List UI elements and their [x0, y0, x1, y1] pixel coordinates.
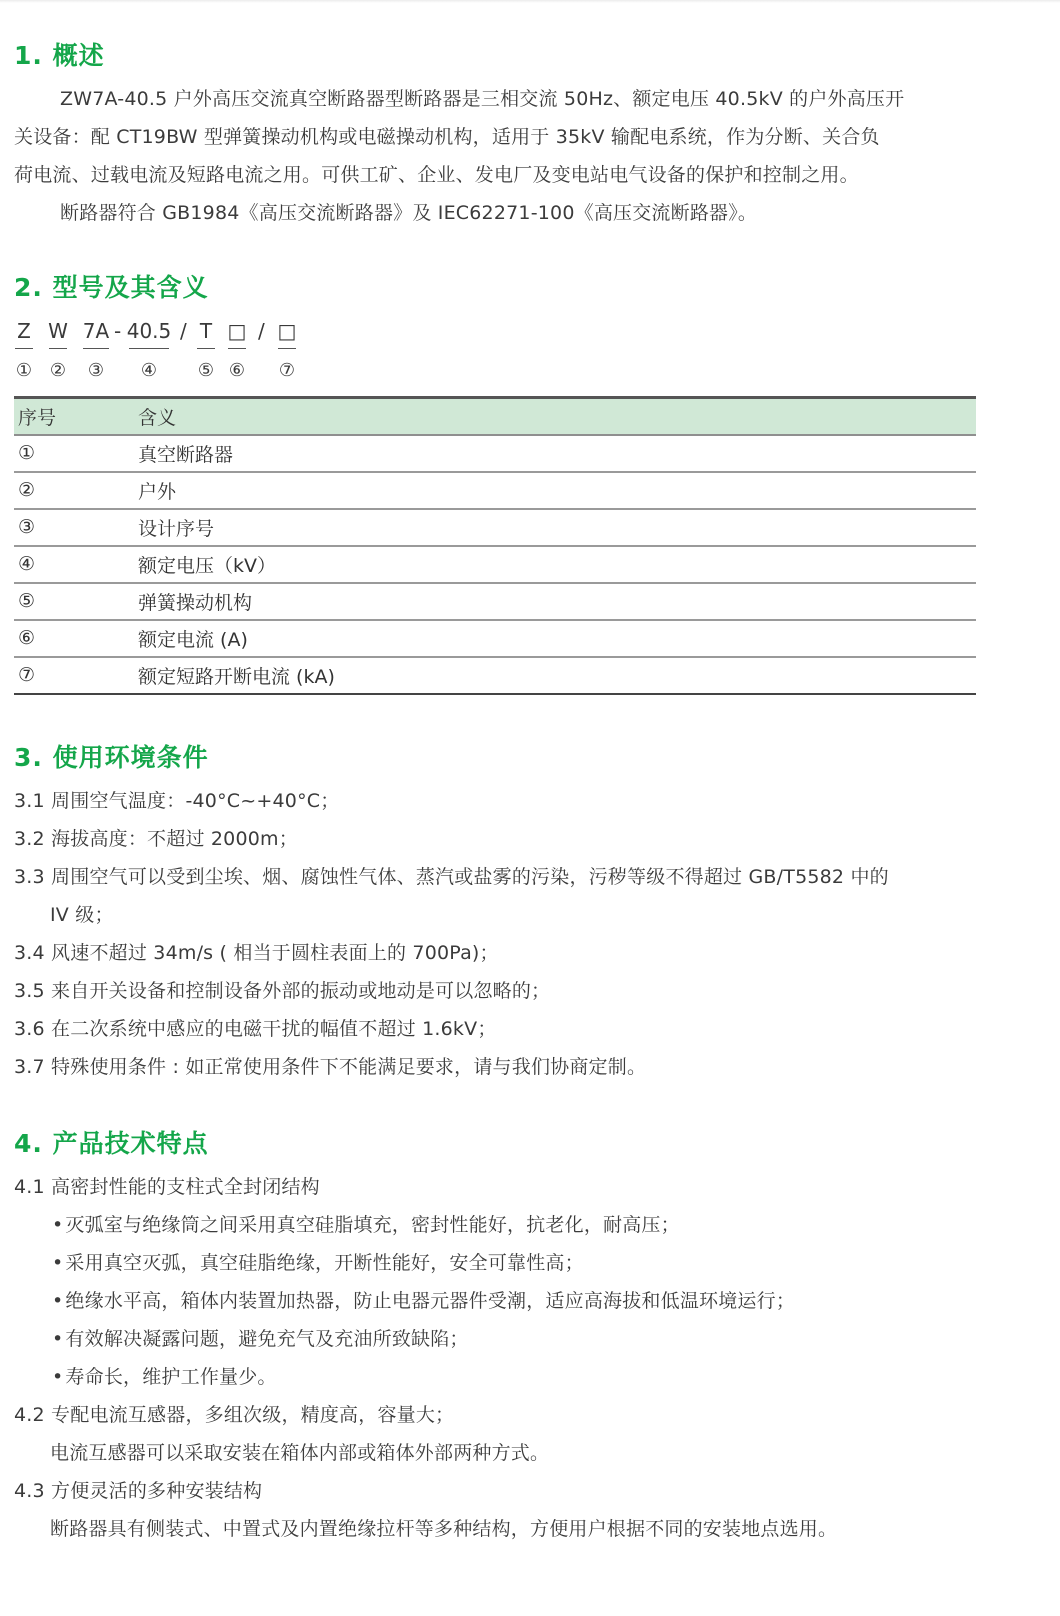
code-number: ①: [11, 360, 37, 381]
table-row: ④ 额定电压（kV）: [14, 546, 976, 583]
row-number: ⑦: [14, 657, 134, 694]
overview-line-3: 荷电流、过载电流及短路电流之用。可供工矿、企业、发电厂及变电站电气设备的保护和控…: [14, 156, 859, 194]
feature-item-4-2: 4.2 专配电流互感器，多组次级，精度高，容量大；: [14, 1396, 454, 1434]
row-meaning: 额定电流 (A): [134, 620, 976, 657]
environment-item-3-1: 3.1 周围空气温度：-40°C~+40°C；: [14, 782, 339, 820]
row-number: ②: [14, 472, 134, 509]
code-box-placeholder: □: [276, 318, 298, 349]
section-heading-model: 2. 型号及其含义: [14, 268, 209, 304]
feature-bullet: 采用真空灭弧，真空硅脂绝缘，开断性能好，安全可靠性高；: [52, 1244, 584, 1282]
environment-item-3-6: 3.6 在二次系统中感应的电磁干扰的幅值不超过 1.6kV；: [14, 1010, 497, 1048]
row-number: ③: [14, 509, 134, 546]
code-number: ⑤: [193, 360, 219, 381]
row-number: ④: [14, 546, 134, 583]
section-heading-environment: 3. 使用环境条件: [14, 738, 209, 774]
environment-item-3-3: 3.3 周围空气可以受到尘埃、烟、腐蚀性气体、蒸汽或盐雾的污染，污秽等级不得超过…: [14, 858, 889, 896]
code-slash: /: [180, 318, 187, 344]
overview-line-4: 断路器符合 GB1984《高压交流断路器》及 IEC62271-100《高压交流…: [60, 194, 757, 232]
code-number: ③: [83, 360, 109, 381]
table-row: ① 真空断路器: [14, 435, 976, 472]
section-heading-overview: 1. 概述: [14, 36, 105, 72]
table-row: ⑤ 弹簧操动机构: [14, 583, 976, 620]
row-meaning: 户外: [134, 472, 976, 509]
row-meaning: 额定电压（kV）: [134, 546, 976, 583]
row-number: ⑥: [14, 620, 134, 657]
code-segment: 40.5: [126, 318, 172, 349]
code-segment: 7A: [80, 318, 112, 349]
table-row: ③ 设计序号: [14, 509, 976, 546]
feature-bullet: 有效解决凝露问题，避免充气及充油所致缺陷；: [52, 1320, 469, 1358]
feature-item-4-3-detail: 断路器具有侧装式、中置式及内置绝缘拉杆等多种结构，方便用户根据不同的安装地点选用…: [50, 1510, 837, 1548]
code-number: ④: [136, 360, 162, 381]
code-box-placeholder: □: [226, 318, 248, 349]
code-segment: Z: [14, 318, 34, 349]
feature-item-4-2-detail: 电流互感器可以采取安装在箱体内部或箱体外部两种方式。: [50, 1434, 549, 1472]
environment-item-3-3-cont: IV 级；: [50, 896, 114, 934]
table-row: ⑥ 额定电流 (A): [14, 620, 976, 657]
model-meaning-table: 序号 含义 ① 真空断路器 ② 户外 ③ 设计序号 ④ 额定电压（kV） ⑤: [14, 396, 976, 695]
code-dash: -: [114, 318, 121, 344]
row-meaning: 设计序号: [134, 509, 976, 546]
feature-item-4-3: 4.3 方便灵活的多种安装结构: [14, 1472, 262, 1510]
code-segment: T: [196, 318, 216, 349]
code-number: ②: [45, 360, 71, 381]
feature-bullet: 绝缘水平高，箱体内装置加热器，防止电器元器件受潮，适应高海拔和低温环境运行；: [52, 1282, 795, 1320]
row-meaning: 弹簧操动机构: [134, 583, 976, 620]
row-number: ⑤: [14, 583, 134, 620]
code-number: ⑦: [274, 360, 300, 381]
feature-bullet: 灭弧室与绝缘筒之间采用真空硅脂填充，密封性能好，抗老化，耐高压；: [52, 1206, 680, 1244]
table-row: ⑦ 额定短路开断电流 (kA): [14, 657, 976, 694]
top-divider: [0, 0, 1060, 3]
code-segment: W: [46, 318, 70, 349]
overview-line-1: ZW7A-40.5 户外高压交流真空断路器型断路器是三相交流 50Hz、额定电压…: [60, 80, 904, 118]
model-code-diagram: Z W 7A - 40.5 / T □ / □ ① ② ③ ④ ⑤ ⑥ ⑦: [14, 318, 334, 398]
row-number: ①: [14, 435, 134, 472]
environment-item-3-2: 3.2 海拔高度：不超过 2000m；: [14, 820, 298, 858]
code-slash: /: [258, 318, 265, 344]
column-header-number: 序号: [14, 398, 134, 435]
table-row: ② 户外: [14, 472, 976, 509]
environment-item-3-7: 3.7 特殊使用条件 : 如正常使用条件下不能满足要求，请与我们协商定制。: [14, 1048, 646, 1086]
environment-item-3-5: 3.5 来自开关设备和控制设备外部的振动或地动是可以忽略的；: [14, 972, 550, 1010]
column-header-meaning: 含义: [134, 398, 976, 435]
overview-line-2: 关设备：配 CT19BW 型弹簧操动机构或电磁操动机构，适用于 35kV 输配电…: [14, 118, 880, 156]
row-meaning: 额定短路开断电流 (kA): [134, 657, 976, 694]
row-meaning: 真空断路器: [134, 435, 976, 472]
table-header-row: 序号 含义: [14, 398, 976, 435]
feature-item-4-1: 4.1 高密封性能的支柱式全封闭结构: [14, 1168, 320, 1206]
environment-item-3-4: 3.4 风速不超过 34m/s ( 相当于圆柱表面上的 700Pa)；: [14, 934, 499, 972]
code-number: ⑥: [224, 360, 250, 381]
section-heading-features: 4. 产品技术特点: [14, 1124, 209, 1160]
feature-bullet: 寿命长，维护工作量少。: [52, 1358, 277, 1396]
